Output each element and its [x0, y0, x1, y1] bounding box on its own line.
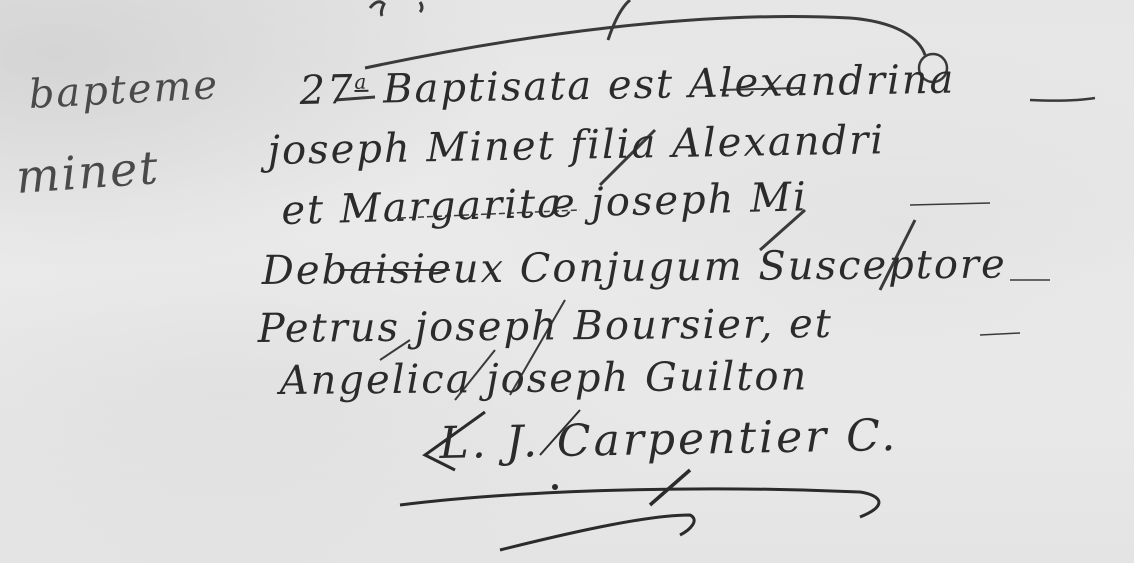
- entry-line-1-text: Baptisata est Alexandrina: [383, 57, 956, 113]
- entry-line-4: Debaisieux Conjugum Susceptore: [262, 242, 1007, 294]
- entry-line-6: Angelica joseph Guilton: [280, 353, 809, 404]
- margin-note-surname: minet: [14, 140, 161, 204]
- entry-line-2: joseph Minet filia Alexandri: [267, 117, 885, 174]
- entry-day: 27: [299, 67, 355, 114]
- entry-line-1: 27a Baptisata est Alexandrina: [299, 57, 956, 114]
- entry-line-5: Petrus joseph Boursier, et: [258, 301, 833, 352]
- scanned-register-page: bapteme minet 27a Baptisata est Alexandr…: [0, 0, 1134, 563]
- entry-line-3: et Margaritæ joseph Mi: [281, 174, 809, 234]
- priest-signature: L. J. Carpentier C.: [439, 410, 899, 469]
- margin-note-bapteme: bapteme: [28, 62, 221, 118]
- entry-day-suffix: a: [354, 69, 368, 93]
